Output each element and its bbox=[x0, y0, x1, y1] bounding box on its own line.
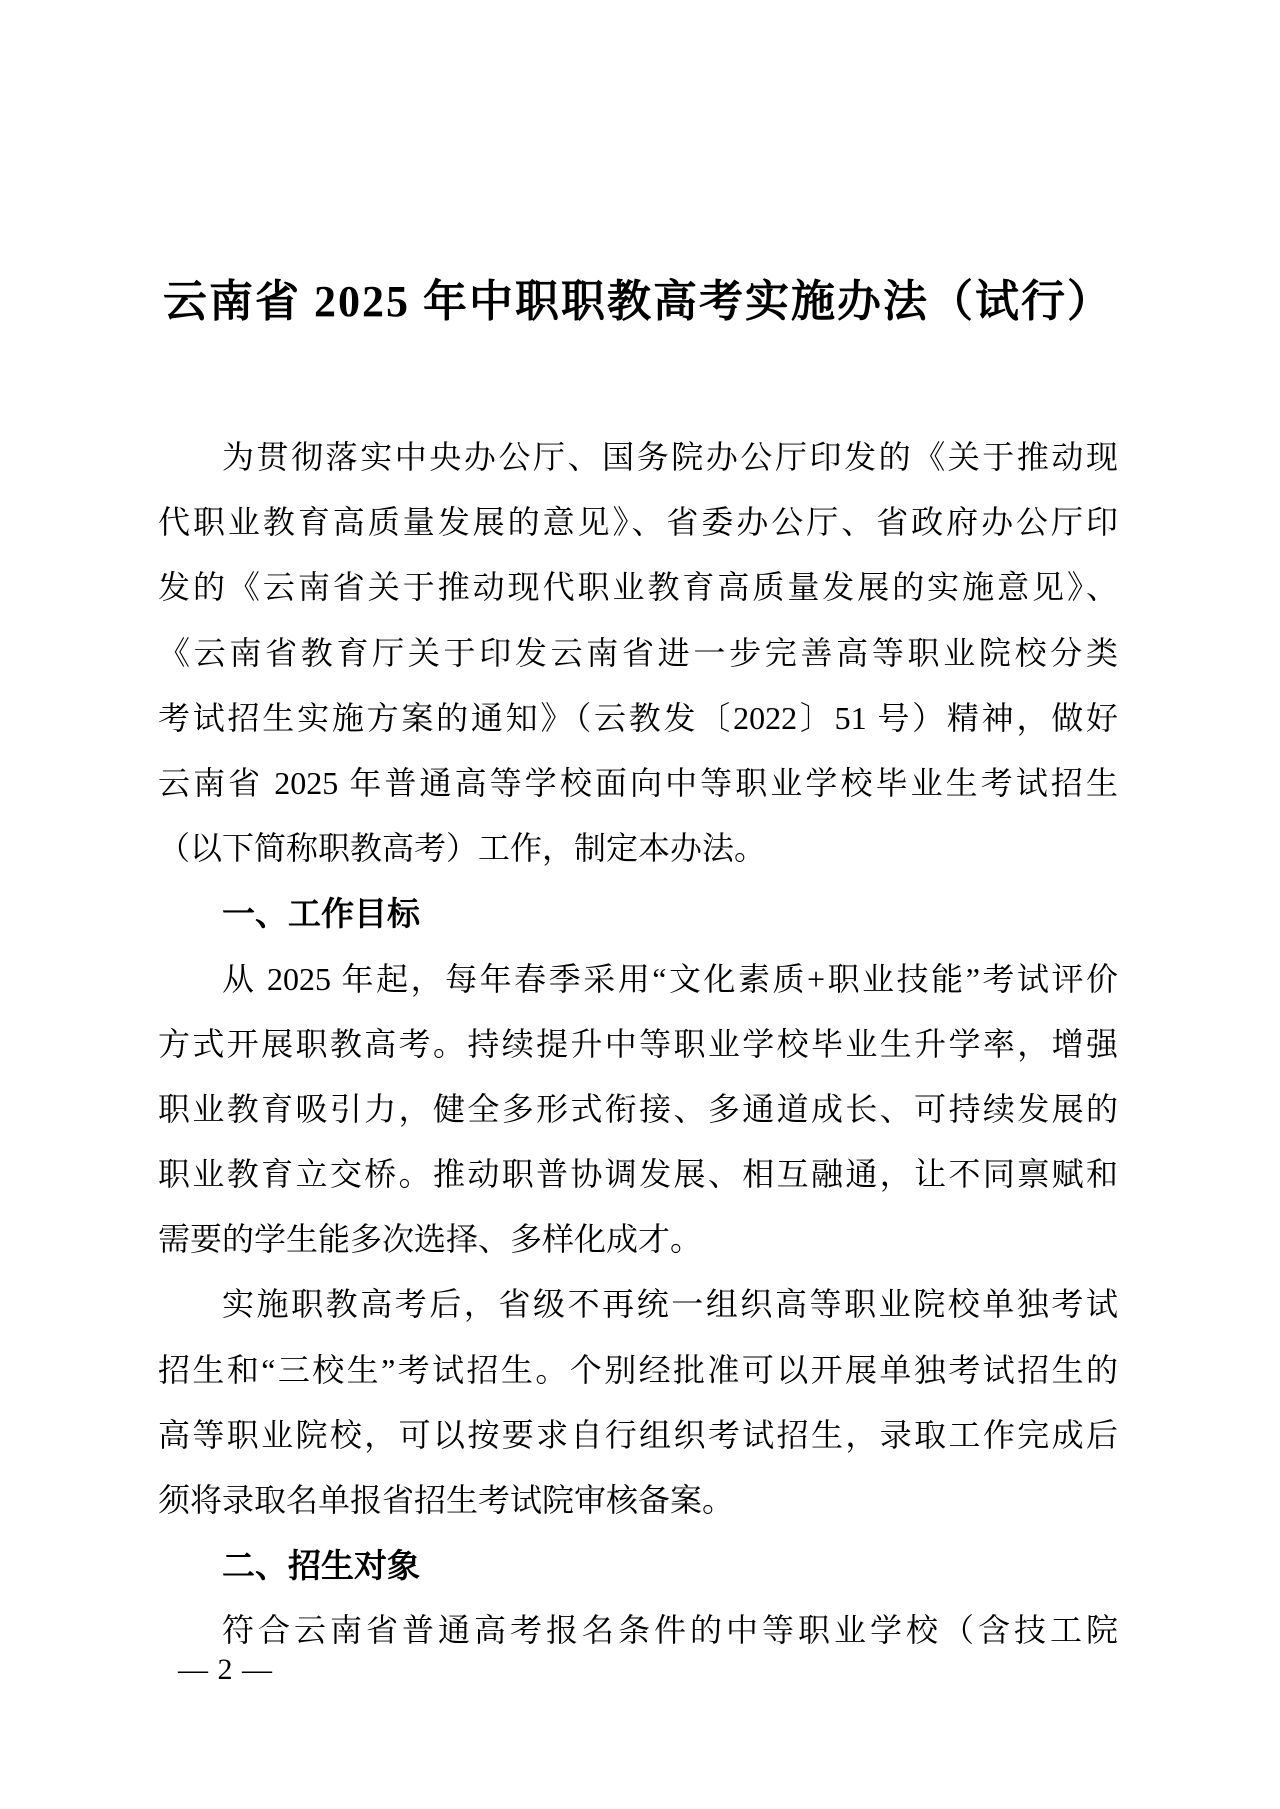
heading-work-goals: 一、工作目标 bbox=[158, 881, 1118, 946]
paragraph-line: 须将录取名单报省招生考试院审核备案。 bbox=[158, 1468, 1118, 1533]
document-title: 云南省 2025 年中职职教高考实施办法（试行） bbox=[158, 272, 1118, 332]
paragraph-line: 考试招生实施方案的通知》（云教发〔2022〕51 号）精神，做好 bbox=[158, 686, 1118, 751]
paragraph-line: 招生和“三校生”考试招生。个别经批准可以开展单独考试招生的 bbox=[158, 1338, 1118, 1403]
paragraph-line: 代职业教育高质量发展的意见》、省委办公厅、省政府办公厅印 bbox=[158, 490, 1118, 555]
paragraph-line: 云南省 2025 年普通高等学校面向中等职业学校毕业生考试招生 bbox=[158, 751, 1118, 816]
paragraph-line: 为贯彻落实中央办公厅、国务院办公厅印发的《关于推动现 bbox=[158, 425, 1118, 490]
paragraph-line: 发的《云南省关于推动现代职业教育高质量发展的实施意见》、 bbox=[158, 555, 1118, 620]
document-page: 云南省 2025 年中职职教高考实施办法（试行） 为贯彻落实中央办公厅、国务院办… bbox=[0, 0, 1280, 1809]
page-number: — 2 — bbox=[178, 1650, 273, 1690]
paragraph-line: 职业教育立交桥。推动职普协调发展、相互融通，让不同禀赋和 bbox=[158, 1142, 1118, 1207]
paragraph-line: 需要的学生能多次选择、多样化成才。 bbox=[158, 1207, 1118, 1272]
paragraph-line: 实施职教高考后，省级不再统一组织高等职业院校单独考试 bbox=[158, 1272, 1118, 1337]
paragraph-line: 符合云南省普通高考报名条件的中等职业学校（含技工院 bbox=[158, 1598, 1118, 1663]
heading-enrollment-targets: 二、招生对象 bbox=[158, 1533, 1118, 1598]
paragraph-line: 从 2025 年起，每年春季采用“文化素质+职业技能”考试评价 bbox=[158, 947, 1118, 1012]
document-body: 为贯彻落实中央办公厅、国务院办公厅印发的《关于推动现 代职业教育高质量发展的意见… bbox=[158, 425, 1118, 1664]
paragraph-line: （以下简称职教高考）工作，制定本办法。 bbox=[158, 816, 1118, 881]
paragraph-line: 《云南省教育厅关于印发云南省进一步完善高等职业院校分类 bbox=[158, 621, 1118, 686]
paragraph-line: 高等职业院校，可以按要求自行组织考试招生，录取工作完成后 bbox=[158, 1403, 1118, 1468]
paragraph-line: 方式开展职教高考。持续提升中等职业学校毕业生升学率，增强 bbox=[158, 1012, 1118, 1077]
paragraph-line: 职业教育吸引力，健全多形式衔接、多通道成长、可持续发展的 bbox=[158, 1077, 1118, 1142]
